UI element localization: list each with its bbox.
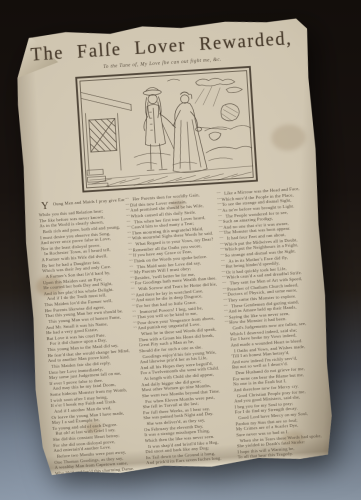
paper-stain [160,474,221,488]
landscape [131,102,252,157]
paper-surface: The Falſe Lover Rewarded, To the Tune of… [12,15,335,479]
printed-area: The Falſe Lover Rewarded, To the Tune of… [12,15,335,479]
ballad-text-columns: YOung Men and Maids I pray give Ear,Whil… [38,186,325,474]
photo-background: The Falſe Lover Rewarded, To the Tune of… [0,0,361,500]
broadside-sheet: The Falſe Lover Rewarded, To the Tune of… [12,15,335,479]
woodcut-illustration [75,66,258,193]
house [81,89,136,188]
finis: F I N I S. [238,459,325,470]
text-column-3: Like a Mirrour was the Head and Face,Whi… [221,186,325,471]
text-column-2: Her Parents then for worldly Gain,Did th… [129,191,232,466]
woman-figure [168,91,207,173]
man-figure [141,86,176,170]
